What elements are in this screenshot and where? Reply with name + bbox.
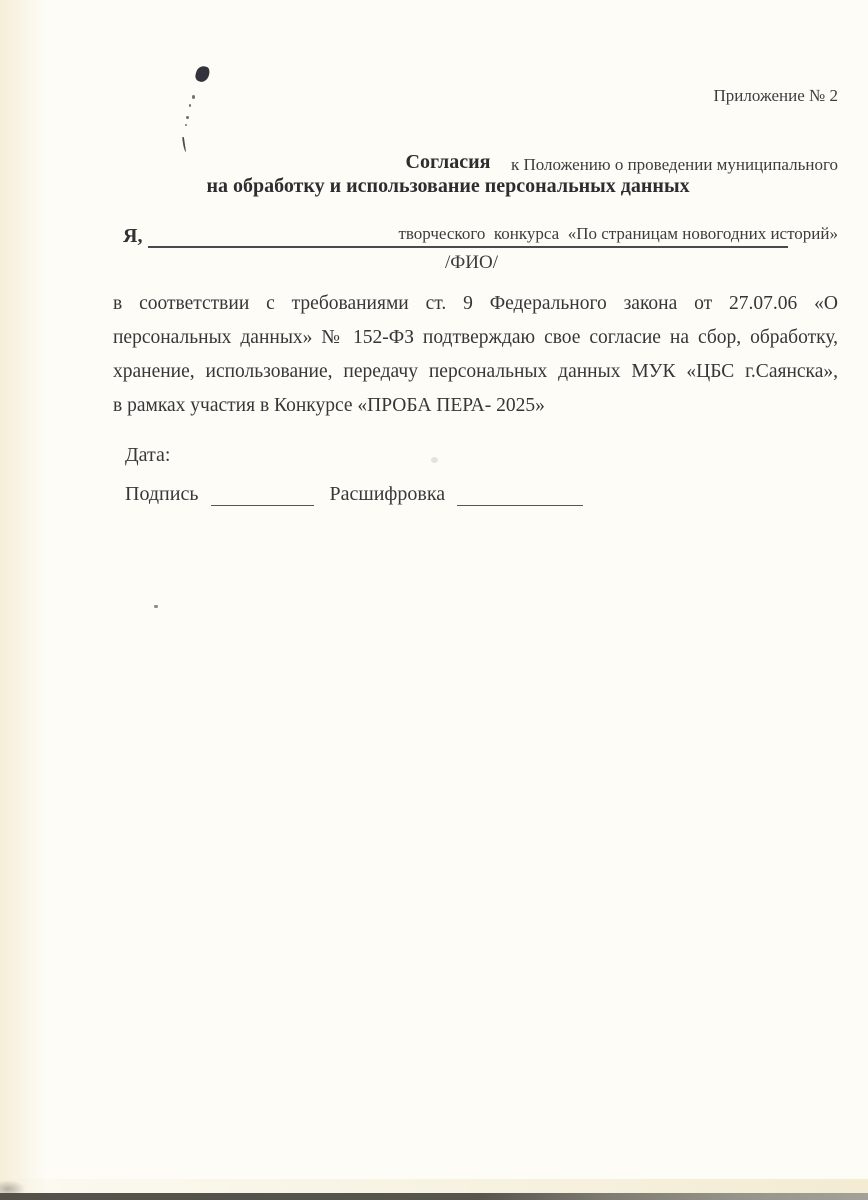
consent-line-3: хранение, использование, передачу персон… [113,355,838,389]
decode-label: Расшифровка [329,483,445,506]
scanner-edge-bar [0,1193,868,1200]
title-line-2: на обработку и использование персональны… [48,174,848,198]
name-prefix: Я, [123,225,142,248]
signature-label: Подпись [125,483,198,506]
scan-bottom-tint [0,1179,868,1193]
appendix-number-line: Приложение № 2 [398,84,838,107]
name-blank-field [148,224,788,248]
dust-speck [154,605,158,608]
decode-blank-field [457,484,583,506]
date-label: Дата: [125,444,170,467]
signature-blank-field [211,484,314,506]
consent-line-2: персональных данных» № 152-ФЗ подтвержда… [113,321,838,355]
signature-row: Подпись Расшифровка [125,483,583,506]
faint-smudge [431,457,438,463]
scan-left-edge-tint [0,0,46,1200]
consent-paragraph: в соответствии с требованиями ст. 9 Феде… [113,287,838,423]
fio-caption: /ФИО/ [155,252,788,274]
scanned-consent-form-page: Приложение № 2 к Положению о проведении … [0,0,868,1200]
title-line-1: Согласия [48,150,848,174]
name-row: Я, [123,224,788,248]
ink-speck [192,95,195,99]
consent-line-1: в соответствии с требованиями ст. 9 Феде… [113,287,838,321]
consent-line-4: в рамках участия в Конкурсе «ПРОБА ПЕРА-… [113,389,838,423]
ink-speck [186,116,189,119]
ink-speck [185,124,187,126]
ink-blot-mark [194,64,211,83]
document-title: Согласия на обработку и использование пе… [48,150,848,198]
ink-speck [189,104,191,107]
